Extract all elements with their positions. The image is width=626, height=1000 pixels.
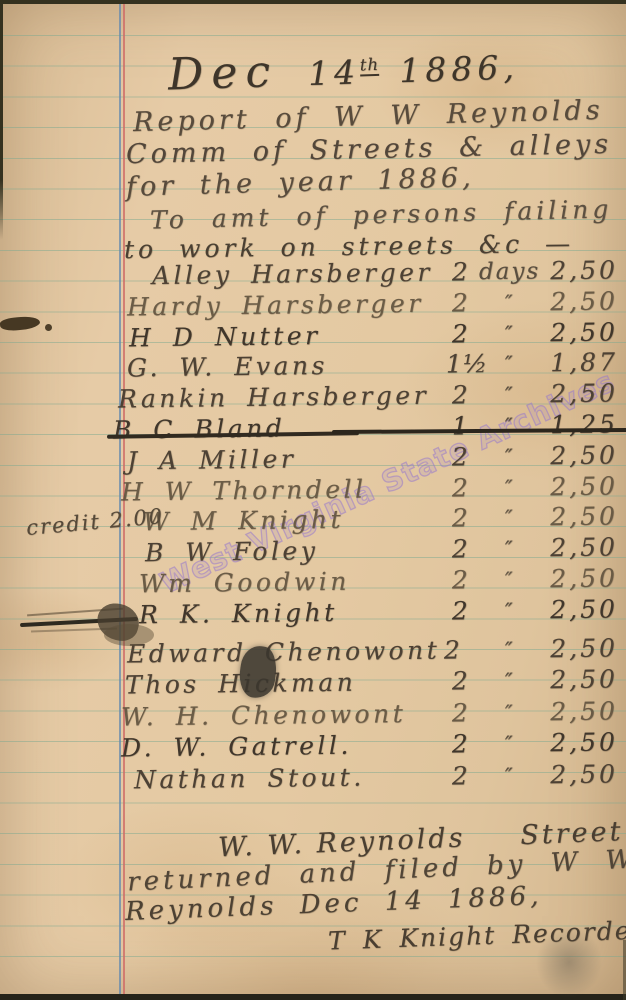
ledger-days: 2 [444,635,461,664]
ditto-mark: ″ [505,383,513,407]
ledger-days: 2 [452,503,469,532]
ledger-name: Rankin Harsberger [118,381,429,414]
ledger-days: 2 [452,319,469,348]
ledger-days: 2 [452,442,469,471]
ledger-days: 2 [452,288,469,317]
ditto-mark: ″ [505,669,513,693]
ditto-mark: ″ [505,599,513,623]
ditto-mark: ″ [505,732,513,756]
ledger-name: H W Thorndell [121,475,367,507]
ditto-mark: ″ [505,568,513,592]
ledger-days: 2 [452,596,469,625]
ledger-days: 2 [452,380,469,409]
ledger-name: Wm Goodwin [139,567,350,599]
ledger-amount: 2,50 [536,440,618,470]
ledger-name: W M Knight [143,505,344,536]
ledger-days: 2 [452,565,469,594]
ledger-days: 2 [452,666,469,695]
ledger-days: 2 [452,761,469,790]
ditto-mark: ″ [505,445,513,469]
ledger-amount: 2,50 [536,471,618,501]
ledger-name: Nathan Stout. [134,763,365,795]
ledger-days-unit: days [479,258,541,285]
ditto-mark: ″ [505,414,513,438]
ink-smudge [104,624,154,646]
date-day: 14 [307,52,360,93]
ledger-name: Edward Chenowont [127,636,441,669]
ledger-name: Alley Harsberger [152,258,433,290]
ledger-amount: 2,50 [536,594,618,624]
ledger-page-scan: West Virginia State Archives Dec14th1886… [0,0,626,1000]
ledger-amount: 2,50 [536,286,618,316]
ledger-amount: 2,50 [536,633,618,663]
ink-blot [45,324,52,331]
ledger-name: R K. Knight [139,598,338,629]
ledger-amount: 2,50 [536,255,618,285]
ledger-name: H D Nutter [129,321,321,352]
ledger-days: 2 [452,257,469,286]
ledger-row: R K. Knight 2 ″ 2,50 [0,594,626,633]
ledger-amount: 2,50 [536,759,618,789]
ledger-days: 2 [452,698,469,727]
date-heading: Dec14th1886, [167,39,519,101]
ledger-amount: 1,87 [536,347,618,377]
ledger-amount: 2,50 [536,727,618,757]
ditto-mark: ″ [505,506,513,530]
ledger-amount: 2,50 [536,664,618,694]
ledger-row: Nathan Stout. 2 ″ 2,50 [0,759,626,798]
ledger-amount: 2,50 [536,696,618,726]
date-year: 1886, [399,47,520,90]
ledger-name: B C Bland [113,414,286,445]
ditto-mark: ″ [505,537,513,561]
ditto-mark: ″ [505,638,513,662]
ledger-amount: 2,50 [536,378,618,408]
ledger-amount: 2,50 [536,501,618,531]
ledger-days: 2 [452,534,469,563]
ledger-days: 2 [452,473,469,502]
ledger-amount: 1,25 [536,409,618,439]
scan-edge-top [0,0,626,4]
ledger-amount: 2,50 [536,563,618,593]
ledger-name: B W Foley [145,536,319,567]
scan-edge-left [0,0,3,240]
ledger-name: W. H. Chenowont [121,699,407,731]
ledger-days: 1½ [446,349,488,379]
ledger-name: Hardy Harsberger [127,289,424,322]
ledger-name: D. W. Gatrell. [121,731,352,763]
ditto-mark: ″ [505,291,513,315]
ledger-days: 1 [452,411,469,440]
ledger-days: 2 [452,729,469,758]
ditto-mark: ″ [505,764,513,788]
ledger-amount: 2,50 [536,532,618,562]
ditto-mark: ″ [505,701,513,725]
ditto-mark: ″ [505,352,513,376]
ledger-name: G. W. Evans [127,351,328,382]
ledger-name: J A Miller [127,444,297,475]
date-month: Dec [167,46,279,100]
date-ordinal: th [360,55,380,77]
ledger-amount: 2,50 [536,317,618,347]
ditto-mark: ″ [505,322,513,346]
scan-edge-bottom [0,994,626,1000]
ditto-mark: ″ [505,476,513,500]
